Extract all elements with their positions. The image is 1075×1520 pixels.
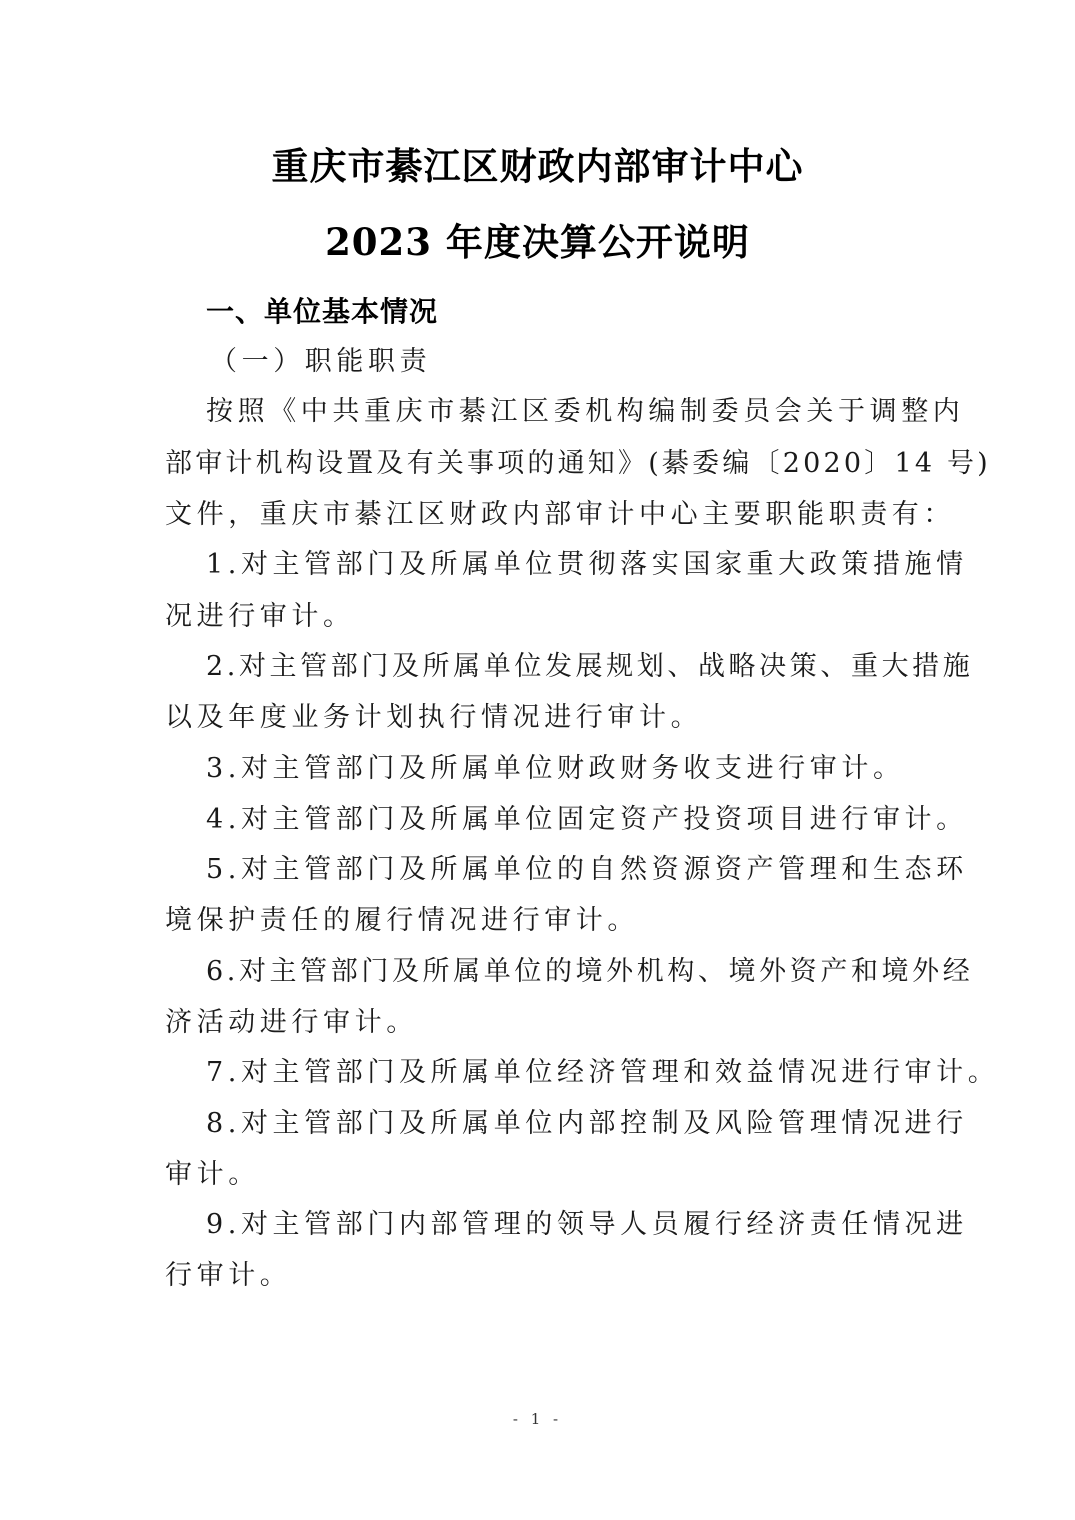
page-number: - 1 - [0,1410,1075,1428]
duty-item-5-line-2: 境保护责任的履行情况进行审计。 [165,903,639,939]
duty-item-9-line-1: 9.对主管部门内部管理的领导人员履行经济责任情况进 [206,1207,968,1243]
duty-item-7: 7.对主管部门及所属单位经济管理和效益情况进行审计。 [206,1055,999,1091]
subsection-heading-functions: （一）职能职责 [210,344,431,380]
duty-item-6-line-1: 6.对主管部门及所属单位的境外机构、境外资产和境外经 [206,954,973,990]
duty-item-6-line-2: 济活动进行审计。 [165,1005,418,1041]
duty-item-8-line-1: 8.对主管部门及所属单位内部控制及风险管理情况进行 [206,1106,968,1142]
section-heading-unit-basic-info: 一、单位基本情况 [206,294,438,330]
document-title-line-2: 2023 年度决算公开说明 [0,212,1075,266]
duty-item-9-line-2: 行审计。 [165,1258,291,1294]
intro-line-1: 按照《中共重庆市綦江区委机构编制委员会关于调整内 [206,394,964,430]
duty-item-2-line-2: 以及年度业务计划执行情况进行审计。 [165,700,702,736]
document-page: 重庆市綦江区财政内部审计中心 2023 年度决算公开说明 一、单位基本情况 （一… [0,0,1075,1520]
duty-item-8-line-2: 审计。 [165,1157,260,1193]
document-title-line-1: 重庆市綦江区财政内部审计中心 [0,136,1075,190]
duty-item-3: 3.对主管部门及所属单位财政财务收支进行审计。 [206,751,905,787]
duty-item-2-line-1: 2.对主管部门及所属单位发展规划、战略决策、重大措施 [206,649,973,685]
duty-item-1-line-1: 1.对主管部门及所属单位贯彻落实国家重大政策措施情 [206,547,968,583]
intro-line-2: 部审计机构设置及有关事项的通知》(綦委编〔2020〕14 号) [165,446,991,482]
duty-item-4: 4.对主管部门及所属单位固定资产投资项目进行审计。 [206,802,968,838]
duty-item-1-line-2: 况进行审计。 [165,599,355,635]
intro-line-3: 文件，重庆市綦江区财政内部审计中心主要职能职责有： [165,497,955,533]
duty-item-5-line-1: 5.对主管部门及所属单位的自然资源资产管理和生态环 [206,852,968,888]
